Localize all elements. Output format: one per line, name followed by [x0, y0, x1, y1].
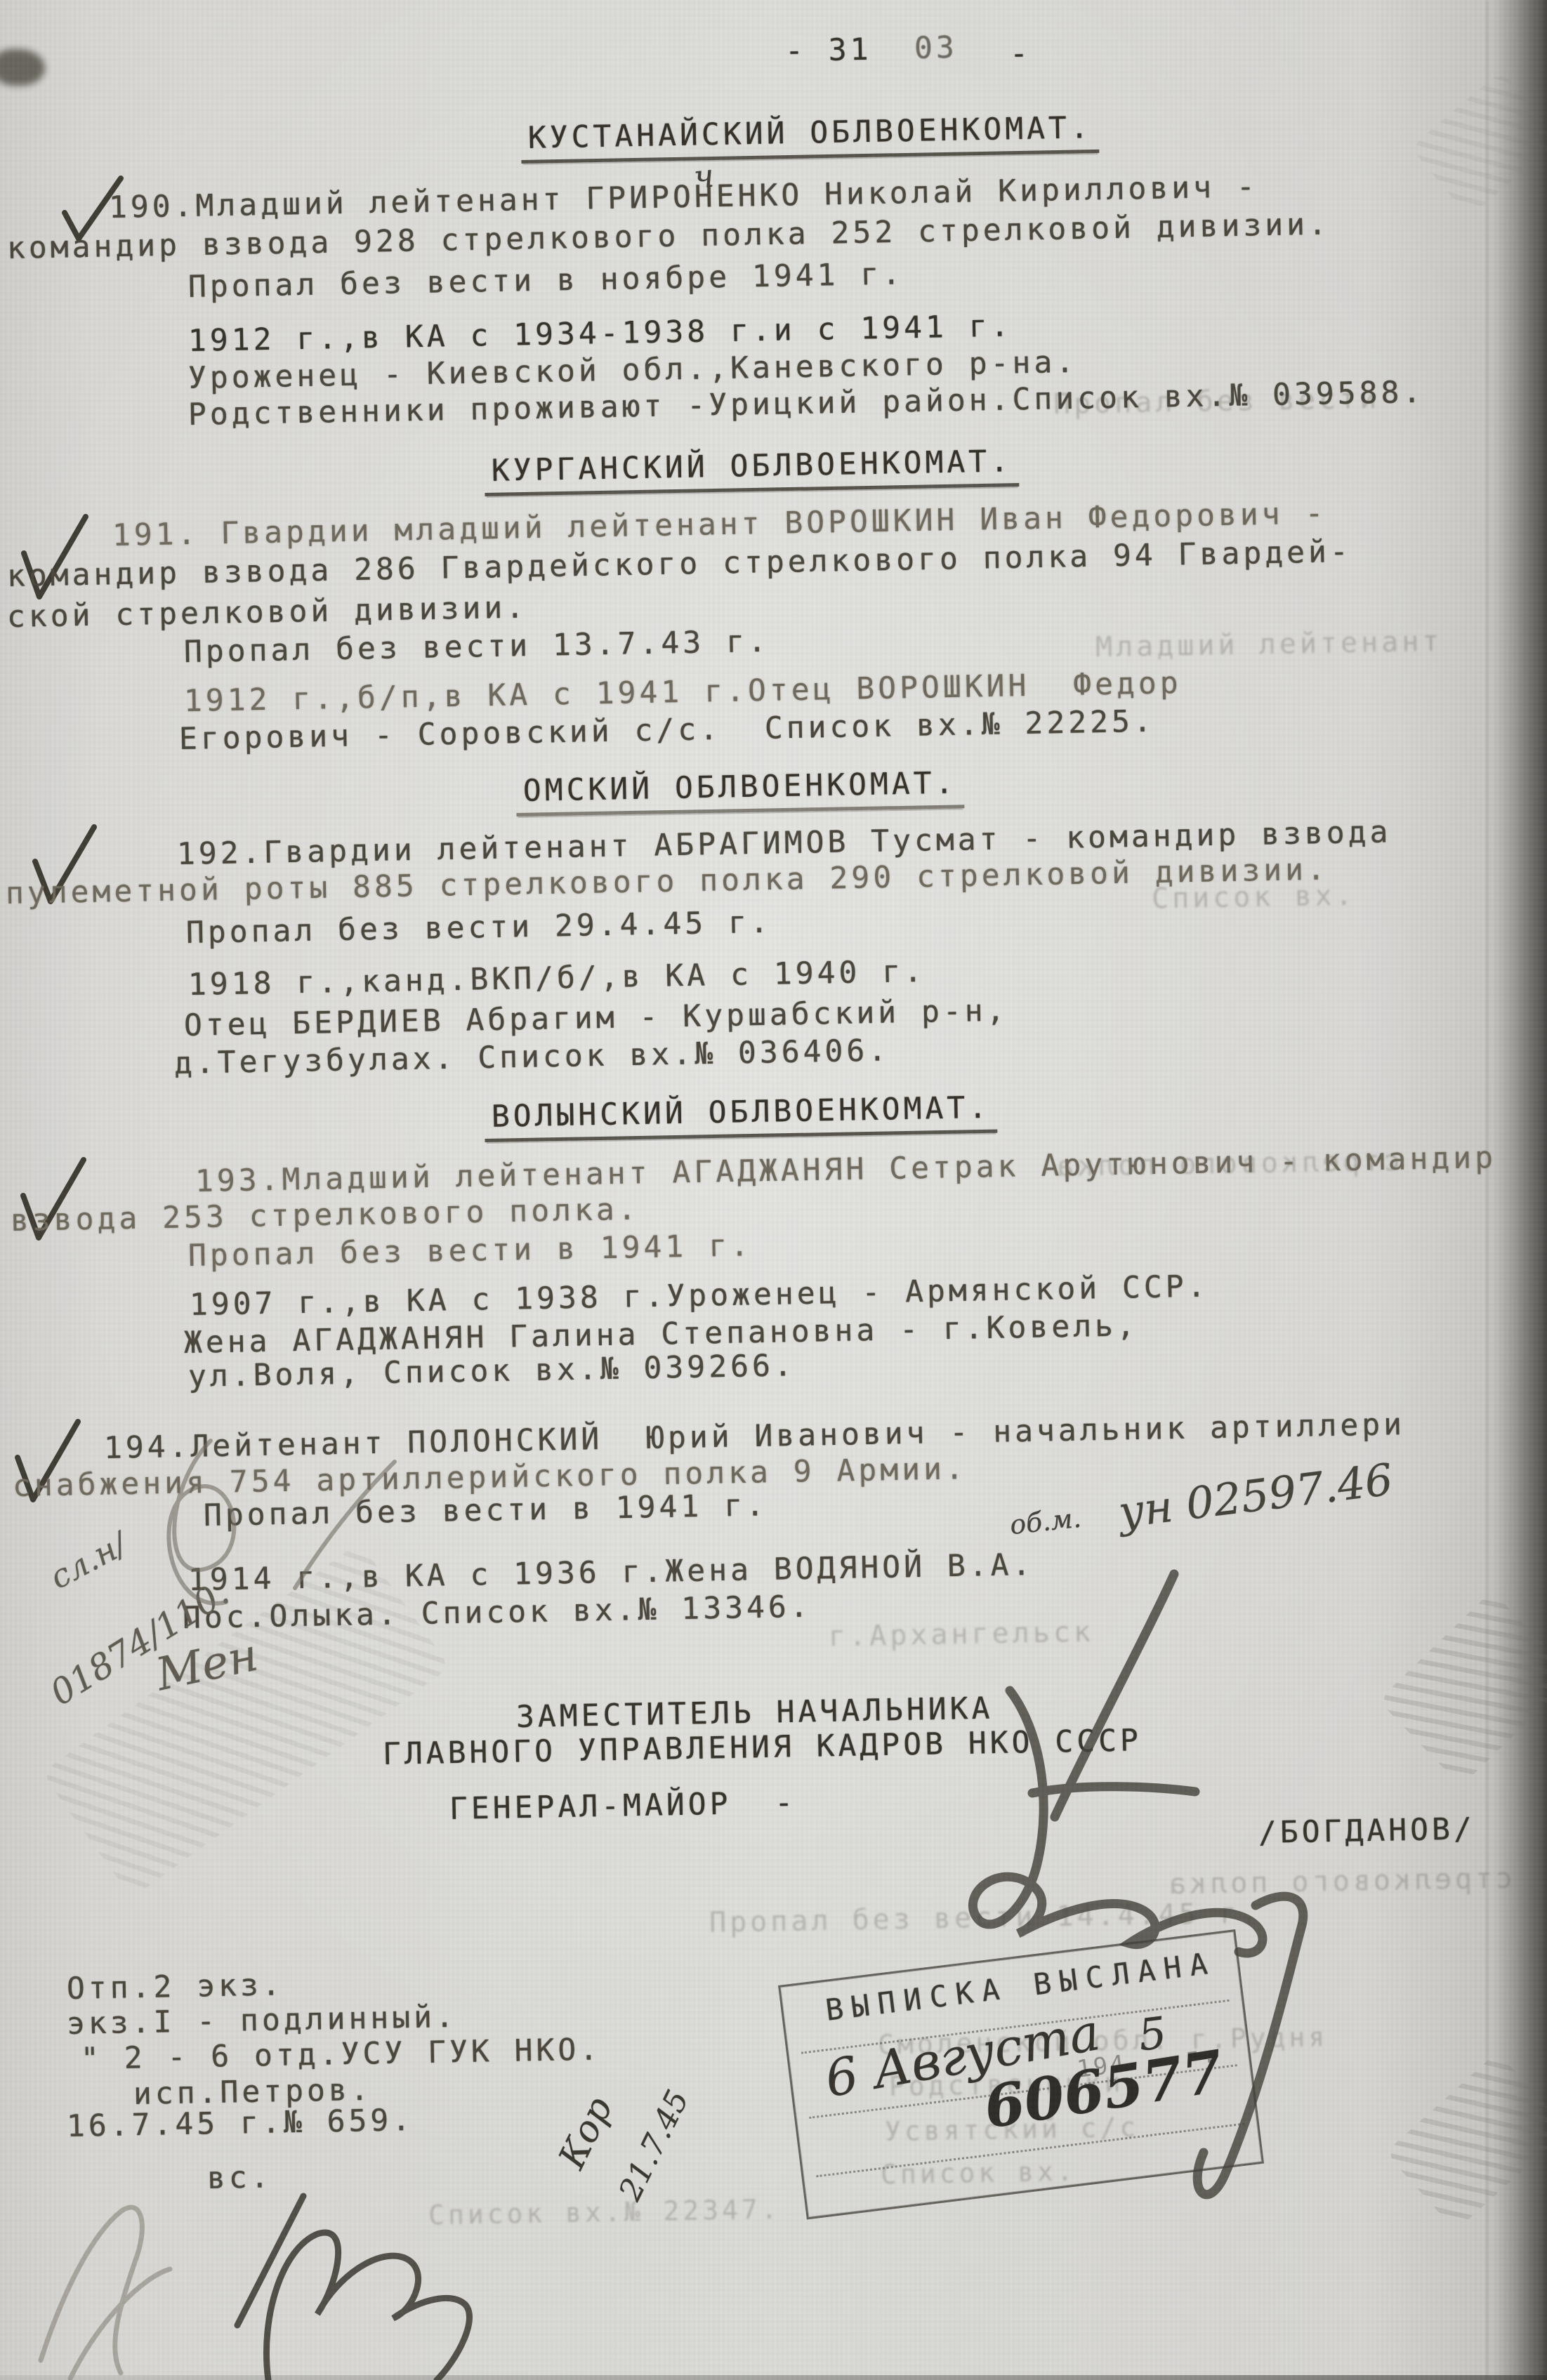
faint-pencil-signature — [41, 2207, 170, 2379]
footer-vs-line: вс. — [207, 2162, 272, 2194]
signatory-role-line: ГЛАВНОГО УПРАВЛЕНИЯ КАДРОВ НКО СССР — [383, 1726, 1143, 1770]
section-heading-omsk: ОМСКИЙ ОБЛВОЕНКОМАТ. — [515, 768, 964, 817]
scan-smudge — [0, 49, 45, 86]
bleedthrough-text: г.Архангельск — [829, 1618, 1095, 1651]
entry-192-line: Пропал без вести 29.4.45 г. — [186, 908, 772, 948]
handwritten-note-small: об.м. — [1008, 1505, 1082, 1538]
bleedthrough-text: Младший лейтенант — [1095, 628, 1443, 662]
page-number: - 31 — [785, 35, 872, 67]
handwritten-date-word: Кор — [553, 2091, 619, 2174]
vypiska-vyslana-stamp: ВЫПИСКА ВЫСЛАНА 194 г. 6 Августа 5 60657… — [778, 1929, 1264, 2219]
entry-192-line: д.Тегузбулах. Список вх.№ 036406. — [174, 1036, 890, 1079]
entry-191-line: ской стрелковой дивизии. — [7, 593, 528, 633]
entry-194-line: 1914 г.,в КА с 1936 г.Жена ВОДЯНОЙ В.А. — [188, 1550, 1034, 1596]
footer-date-number-line: 16.7.45 г.№ 659. — [67, 2105, 414, 2142]
entry-193-line: ул.Воля, Список вх.№ 039266. — [188, 1351, 796, 1392]
bleedthrough-text: Пропал без вести 14.4.45 г. — [709, 1899, 1261, 1937]
section-heading-volyn: ВОЛЫНСКИЙ ОБЛВОЕНКОМАТ. — [484, 1093, 997, 1142]
entry-193-line: Пропал без вести в 1941 г. — [188, 1231, 753, 1271]
footer-copies-line: Отп.2 экз. — [67, 1970, 284, 2004]
footer-copy1-line: экз.I - подлинный. — [67, 2002, 458, 2039]
section-heading-kurgan: КУРГАНСКИЙ ОБЛВОЕНКОМАТ. — [484, 447, 1019, 496]
signatory-rank: ГЕНЕРАЛ-МАЙОР - — [449, 1788, 797, 1825]
entry-192-line: 1918 г.,канд.ВКП/б/,в КА с 1940 г. — [188, 957, 926, 1000]
entry-194-line: Пос.Олыка. Список вх.№ 13346. — [183, 1592, 812, 1634]
handwritten-date-number: 21.7.45 — [614, 2086, 694, 2205]
signatory-name: /БОГДАНОВ/ — [1258, 1814, 1476, 1849]
entry-193-line: взвода 253 стрелкового полка. — [11, 1195, 640, 1236]
entry-190-line: Пропал без вести в ноябре 1941 г. — [188, 259, 904, 303]
handwritten-register-number: ун 02597.46 — [1117, 1457, 1395, 1534]
bleedthrough-text: стрелкового полка — [1166, 1865, 1513, 1899]
scanned-document-page: Пропал без вести Младший лейтенант Списо… — [0, 0, 1547, 2380]
page-number-ghost: 03 — [914, 33, 959, 64]
entry-191-line: Пропал без вести 13.7.43 г. — [184, 627, 770, 668]
margin-handwritten-note: сл.н/ — [45, 1528, 132, 1594]
paper-crease — [1486, 0, 1489, 2380]
page-edge-shadow-right — [1489, 0, 1547, 2380]
page-edge-shadow-bottom — [0, 2375, 1547, 2380]
page-number-dash: - — [1010, 39, 1032, 70]
entry-193-line: 193.Младший лейтенант АГАДЖАНЯН Сетрак А… — [195, 1143, 1497, 1197]
section-heading-kustanai: КУСТАНАЙСКИЙ ОБЛВОЕНКОМАТ. — [520, 113, 1099, 164]
bleedthrough-text: Список вх.№ 22347. — [428, 2196, 781, 2229]
entry-194-line: Пропал без вести в 1941 г. — [204, 1490, 768, 1531]
footer-copy2-line: " 2 - 6 отд.УСУ ГУК НКО. — [81, 2035, 602, 2075]
